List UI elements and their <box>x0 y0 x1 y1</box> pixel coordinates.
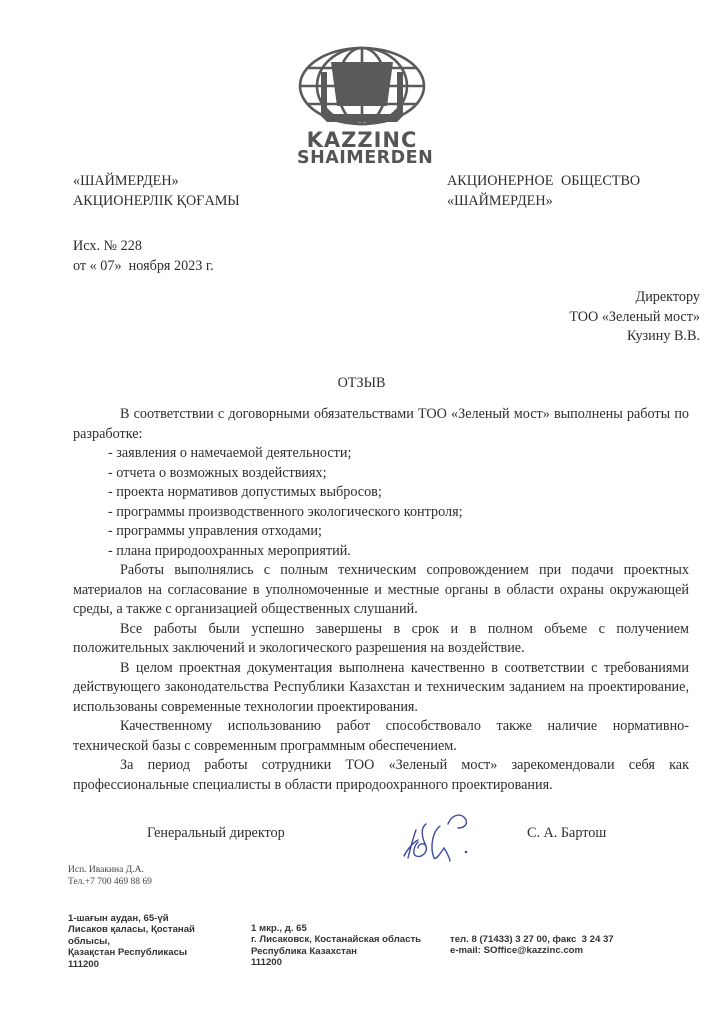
footer-phone-fax: тел. 8 (71433) 3 27 00, факс 3 24 37 <box>450 934 614 945</box>
footer-ru-line: г. Лисаковск, Костанайская область <box>251 934 421 945</box>
works-list-item: - заявления о намечаемой деятельности; <box>108 444 689 464</box>
company-name-ru-line1: АКЦИОНЕРНОЕ ОБЩЕСТВО <box>447 172 640 192</box>
addressee-block: Директору ТОО «Зеленый мост» Кузину В.В. <box>569 288 700 347</box>
works-list-item: - отчета о возможных воздействиях; <box>108 464 689 484</box>
logo-wordmark-shaimerden: SHAIMERDEN <box>297 148 427 168</box>
company-name-kz-line1: «ШАЙМЕРДЕН» <box>73 172 240 192</box>
outgoing-reference: Исх. № 228 от « 07» ноября 2023 г. <box>73 237 214 276</box>
addressee-organization: ТОО «Зеленый мост» <box>569 308 700 328</box>
footer-email[interactable]: e-mail: SOffice@kazzinc.com <box>450 945 614 956</box>
works-list-item: - программы производственного экологичес… <box>108 503 689 523</box>
works-list-item: - проекта нормативов допустимых выбросов… <box>108 483 689 503</box>
body-paragraph: За период работы сотрудники ТОО «Зеленый… <box>73 756 689 795</box>
body-paragraph: В целом проектная документация выполнена… <box>73 659 689 718</box>
works-list-item: - плана природоохранных мероприятий. <box>108 542 689 562</box>
body-paragraph: Качественному использованию работ способ… <box>73 717 689 756</box>
document-title: ОТЗЫВ <box>0 374 723 394</box>
footer-ru-line: 111200 <box>251 957 421 968</box>
signatory-name: С. А. Бартош <box>527 824 606 844</box>
company-name-ru-line2: «ШАЙМЕРДЕН» <box>447 192 640 212</box>
works-list: - заявления о намечаемой деятельности; -… <box>73 444 689 561</box>
document-body: В соответствии с договорными обязательст… <box>73 405 689 795</box>
company-logo: KAZZINC SHAIMERDEN <box>297 44 427 172</box>
footer-ru-line: Республика Казахстан <box>251 946 421 957</box>
footer-kz-line: 111200 <box>68 959 195 970</box>
footer-ru-line: 1 мкр., д. 65 <box>251 923 421 934</box>
footer-kz-line: облысы, <box>68 936 195 947</box>
body-paragraph: Работы выполнялись с полным техническим … <box>73 561 689 620</box>
company-name-kazakh: «ШАЙМЕРДЕН» АКЦИОНЕРЛІК ҚОҒАМЫ <box>73 172 240 211</box>
company-name-kz-line2: АКЦИОНЕРЛІК ҚОҒАМЫ <box>73 192 240 212</box>
signatory-position: Генеральный директор <box>147 824 285 844</box>
executor-phone: Тел.+7 700 469 88 69 <box>68 876 152 888</box>
executor-block: Исп. Ивакина Д.А. Тел.+7 700 469 88 69 <box>68 864 152 888</box>
reference-date: от « 07» ноября 2023 г. <box>73 257 214 277</box>
handwritten-signature-icon <box>396 808 491 863</box>
reference-number: Исх. № 228 <box>73 237 214 257</box>
footer-kz-line: Қазақстан Республикасы <box>68 947 195 958</box>
addressee-name: Кузину В.В. <box>569 327 700 347</box>
addressee-position: Директору <box>569 288 700 308</box>
executor-name: Исп. Ивакина Д.А. <box>68 864 152 876</box>
footer-kz-line: Лисаков қаласы, Қостанай <box>68 924 195 935</box>
kazzinc-globe-ladle-icon <box>297 44 427 128</box>
works-list-item: - программы управления отходами; <box>108 522 689 542</box>
footer-contacts: тел. 8 (71433) 3 27 00, факс 3 24 37 e-m… <box>450 934 614 957</box>
company-name-russian: АКЦИОНЕРНОЕ ОБЩЕСТВО «ШАЙМЕРДЕН» <box>447 172 640 211</box>
body-paragraph: Все работы были успешно завершены в срок… <box>73 620 689 659</box>
footer-address-kazakh: 1-шағын аудан, 65-үй Лисаков қаласы, Қос… <box>68 913 195 970</box>
intro-paragraph: В соответствии с договорными обязательст… <box>73 405 689 444</box>
footer-address-russian: 1 мкр., д. 65 г. Лисаковск, Костанайская… <box>251 923 421 969</box>
footer-kz-line: 1-шағын аудан, 65-үй <box>68 913 195 924</box>
